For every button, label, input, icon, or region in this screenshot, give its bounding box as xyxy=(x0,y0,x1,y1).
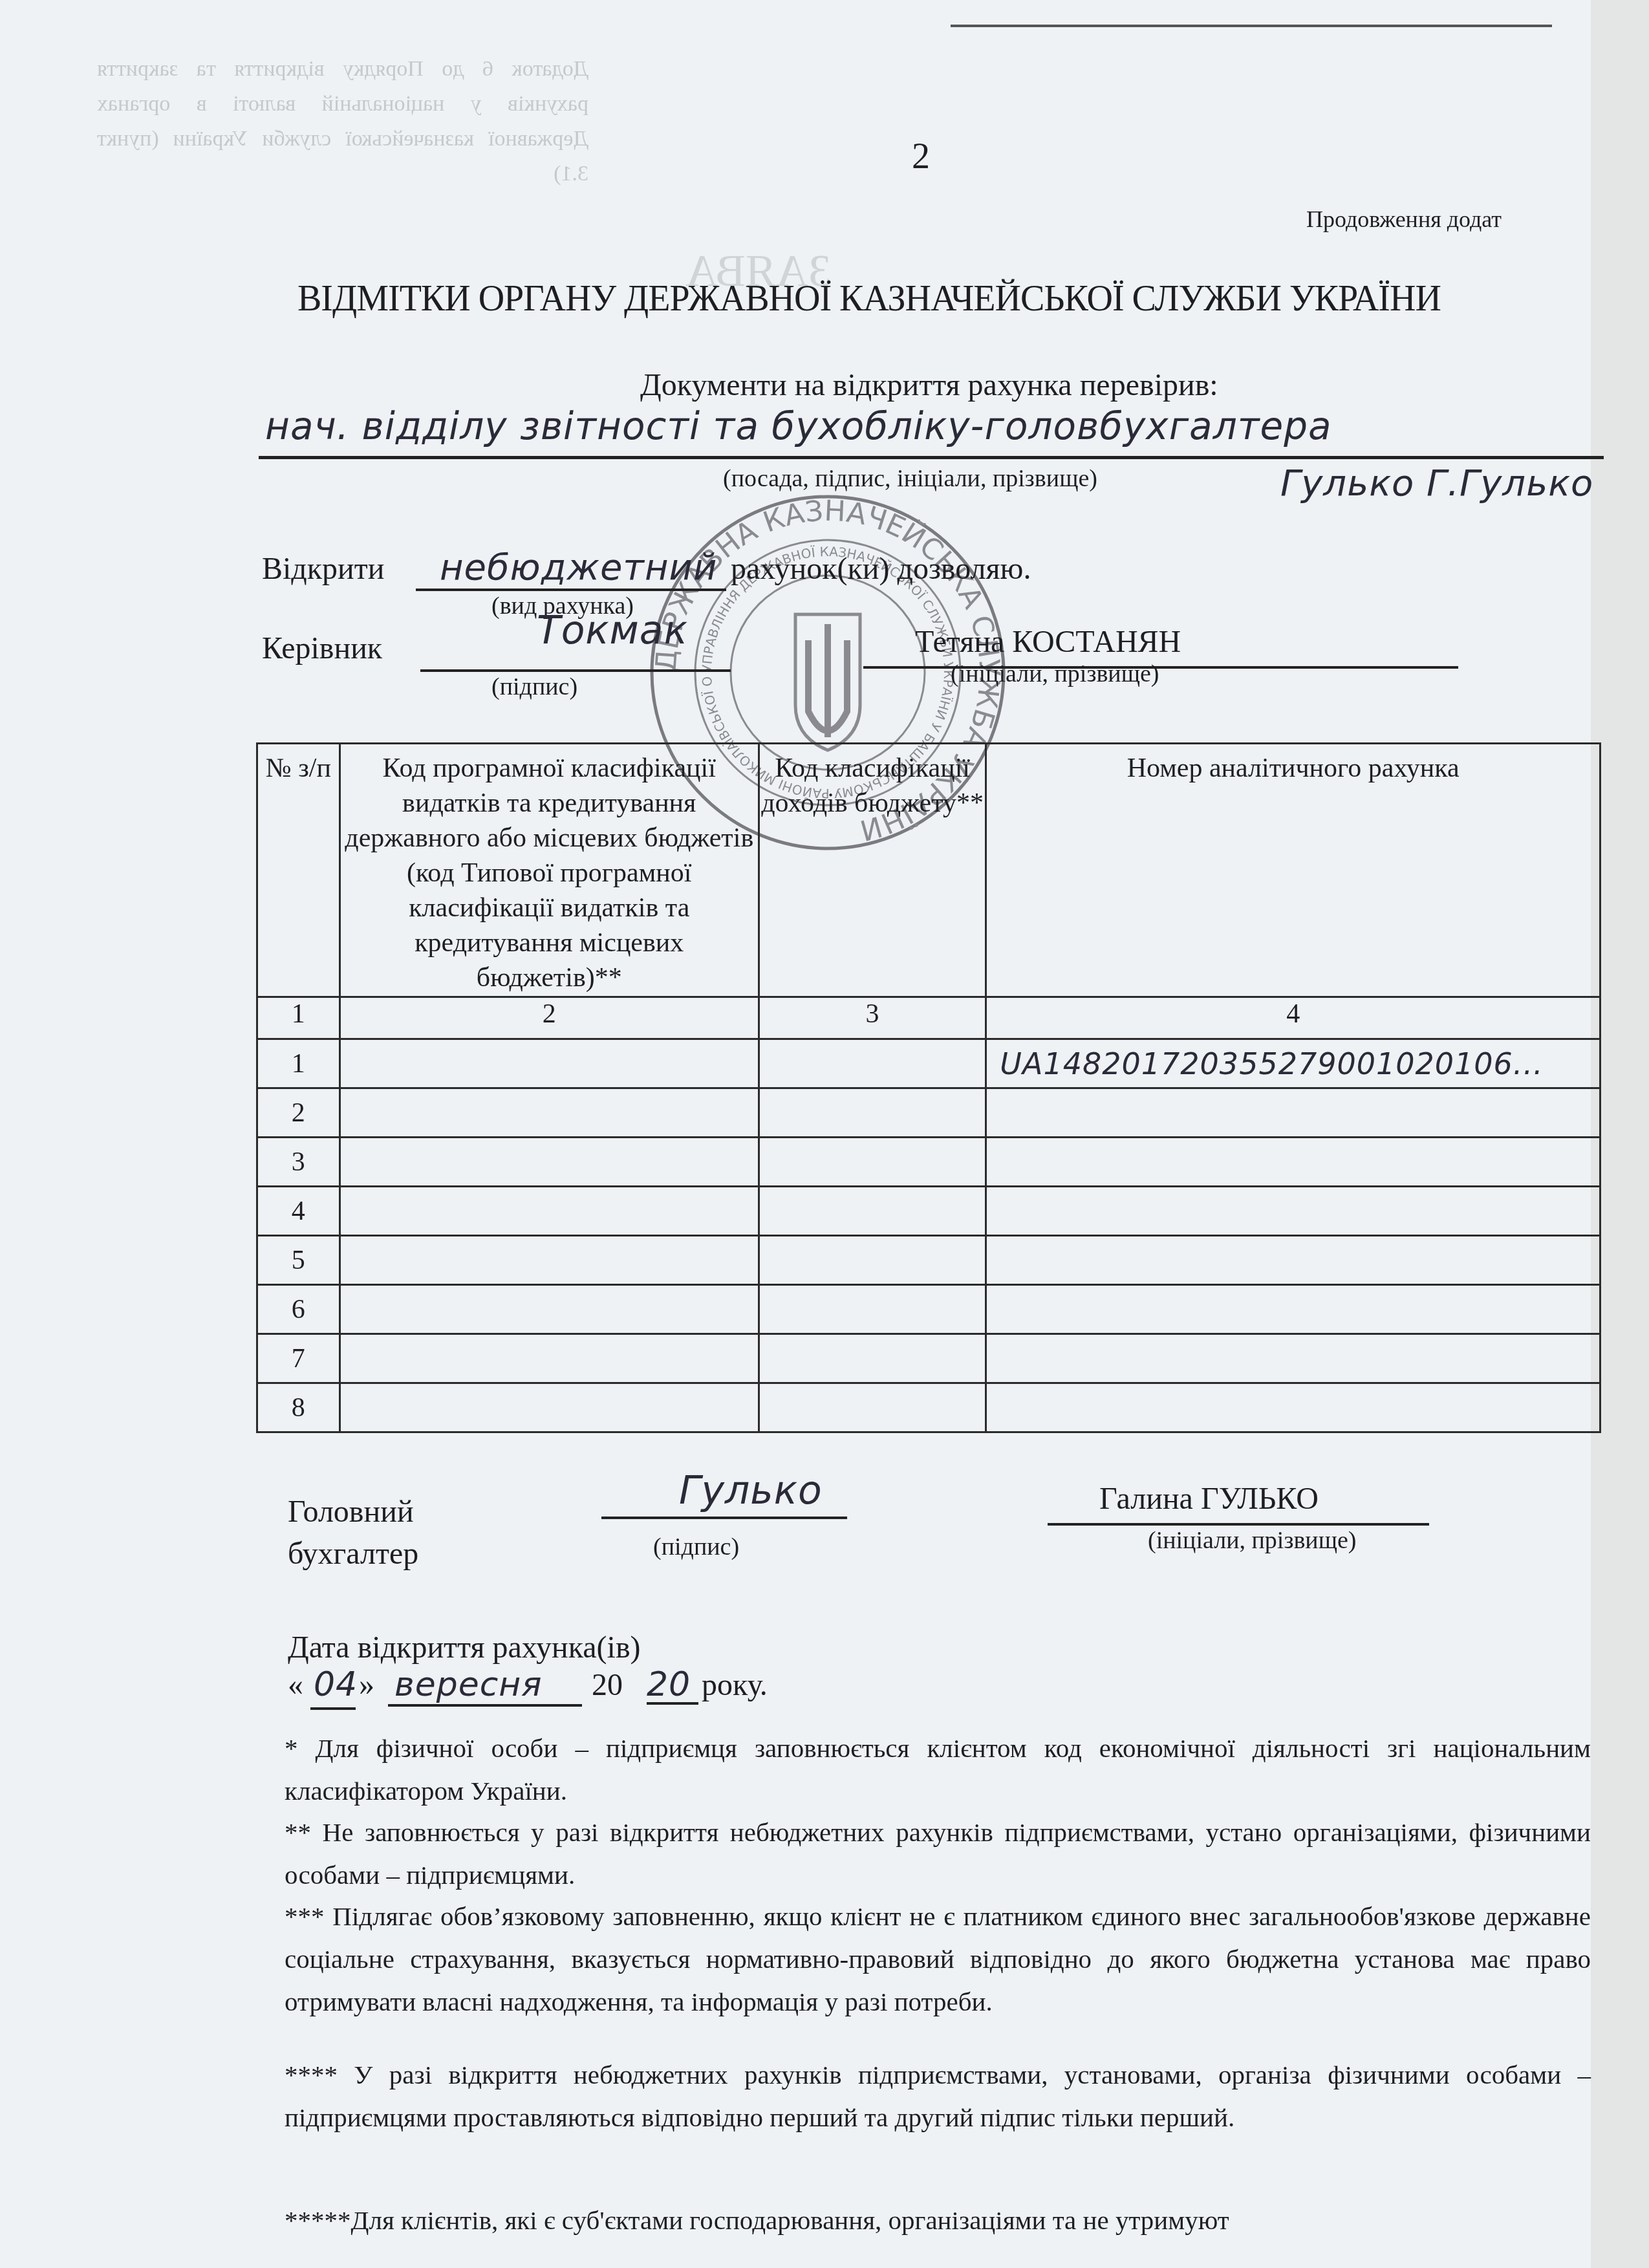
header-program-code: Код програмної класифікації видатків та … xyxy=(339,744,759,997)
open-label-after: рахунок(ки) дозволяю. xyxy=(731,551,1031,587)
accountant-label-line2: бухгалтер xyxy=(288,1536,418,1571)
bleed-through-appendix-note: Додаток 6 до Порядку відкриття та закрит… xyxy=(97,52,588,191)
account-number-cell[interactable] xyxy=(986,1334,1600,1383)
program-code-cell[interactable] xyxy=(339,1088,759,1138)
accountant-name-underline xyxy=(1048,1523,1429,1526)
checked-signature-handwritten: Гулько Г.Гулько xyxy=(1280,462,1593,504)
income-code-cell[interactable] xyxy=(759,1285,986,1334)
account-type-handwritten[interactable]: небюджетний xyxy=(440,546,717,589)
table-column-numbers: 1 2 3 4 xyxy=(257,997,1600,1039)
table-row: 5 xyxy=(257,1236,1600,1285)
income-code-cell[interactable] xyxy=(759,1236,986,1285)
program-code-cell[interactable] xyxy=(339,1334,759,1383)
account-number-cell[interactable] xyxy=(986,1187,1600,1236)
head-name-caption: (ініціали, прізвище) xyxy=(951,660,1159,688)
table-row: 7 xyxy=(257,1334,1600,1383)
date-open-quote: « xyxy=(288,1667,303,1703)
head-signature-caption: (підпис) xyxy=(491,673,577,701)
income-code-cell[interactable] xyxy=(759,1383,986,1432)
row-number: 1 xyxy=(257,1039,340,1088)
date-month[interactable]: вересня xyxy=(394,1665,543,1704)
header-income-code: Код класифікації доходів бюджету** xyxy=(759,744,986,997)
date-year-suffix[interactable]: 20 xyxy=(647,1665,691,1704)
row-number: 3 xyxy=(257,1138,340,1187)
accountant-name-caption: (ініціали, прізвище) xyxy=(1148,1526,1356,1555)
account-number-cell[interactable] xyxy=(986,1236,1600,1285)
account-number-cell[interactable] xyxy=(986,1138,1600,1187)
table-row: 6 xyxy=(257,1285,1600,1334)
footnote-5: *****Для клієнтів, які є суб'єктами госп… xyxy=(285,2199,1591,2238)
account-number-cell[interactable] xyxy=(986,1285,1600,1334)
column-number: 1 xyxy=(257,997,340,1039)
column-number: 3 xyxy=(759,997,986,1039)
account-number-cell[interactable]: UA148201720355279001020106... xyxy=(986,1039,1600,1088)
head-label: Керівник xyxy=(262,631,382,666)
table-row: 4 xyxy=(257,1187,1600,1236)
date-label: Дата відкриття рахунка(ів) xyxy=(288,1630,641,1665)
head-name: Тетяна КОСТАНЯН xyxy=(915,624,1181,660)
program-code-cell[interactable] xyxy=(339,1383,759,1432)
row-number: 2 xyxy=(257,1088,340,1138)
date-suffix: року. xyxy=(702,1667,768,1703)
date-year-prefix: 20 xyxy=(592,1667,623,1703)
checked-position-handwritten[interactable]: нач. відділу звітності та бухобліку-голо… xyxy=(265,404,1332,448)
page-title: ВІДМІТКИ ОРГАНУ ДЕРЖАВНОЇ КАЗНАЧЕЙСЬКОЇ … xyxy=(297,278,1441,319)
head-signature-icon: Токмак xyxy=(537,608,688,653)
footnote-2: ** Не заповнюється у разі відкриття небю… xyxy=(285,1811,1591,1896)
account-number-cell[interactable] xyxy=(986,1383,1600,1432)
program-code-cell[interactable] xyxy=(339,1039,759,1088)
account-type-underline xyxy=(416,589,726,591)
accountant-signature-icon: Гулько xyxy=(679,1468,823,1513)
footnote-4: **** У разі відкриття небюджетних рахунк… xyxy=(285,2053,1591,2139)
table-header-row: № з/п Код програмної класифікації видатк… xyxy=(257,744,1600,997)
row-number: 5 xyxy=(257,1236,340,1285)
date-month-underline xyxy=(388,1704,582,1707)
open-label: Відкрити xyxy=(262,551,384,587)
header-number: № з/п xyxy=(257,744,340,997)
income-code-cell[interactable] xyxy=(759,1187,986,1236)
account-number-cell[interactable] xyxy=(986,1088,1600,1138)
header-account-number: Номер аналітичного рахунка xyxy=(986,744,1600,997)
income-code-cell[interactable] xyxy=(759,1334,986,1383)
table-row: 1 UA148201720355279001020106... xyxy=(257,1039,1600,1088)
accountant-name: Галина ГУЛЬКО xyxy=(1099,1481,1319,1517)
accountant-signature-line xyxy=(601,1517,847,1519)
program-code-cell[interactable] xyxy=(339,1285,759,1334)
program-code-cell[interactable] xyxy=(339,1236,759,1285)
date-year-underline xyxy=(647,1702,698,1705)
table-row: 3 xyxy=(257,1138,1600,1187)
checked-caption: (посада, підпис, ініціали, прізвище) xyxy=(723,464,1097,493)
date-close-quote: » xyxy=(359,1667,374,1703)
income-code-cell[interactable] xyxy=(759,1088,986,1138)
income-code-cell[interactable] xyxy=(759,1138,986,1187)
date-day[interactable]: 04 xyxy=(314,1665,358,1704)
income-code-cell[interactable] xyxy=(759,1039,986,1088)
head-signature-line xyxy=(420,669,731,672)
footnote-1: * Для фізичної особи – підприємця заповн… xyxy=(285,1727,1591,1812)
accountant-signature-caption: (підпис) xyxy=(653,1533,739,1561)
continuation-note: Продовження додат xyxy=(1306,206,1502,233)
page-number: 2 xyxy=(912,136,930,177)
row-number: 6 xyxy=(257,1285,340,1334)
footnote-3: *** Підлягає обов’язковому заповненню, я… xyxy=(285,1895,1591,2023)
accounts-table: № з/п Код програмної класифікації видатк… xyxy=(256,742,1601,1433)
row-number: 7 xyxy=(257,1334,340,1383)
row-number: 8 xyxy=(257,1383,340,1432)
checked-label: Документи на відкриття рахунка перевірив… xyxy=(640,367,1218,403)
column-number: 2 xyxy=(339,997,759,1039)
row-number: 4 xyxy=(257,1187,340,1236)
checked-underline xyxy=(259,456,1604,459)
top-rule xyxy=(951,25,1552,27)
column-number: 4 xyxy=(986,997,1600,1039)
program-code-cell[interactable] xyxy=(339,1187,759,1236)
program-code-cell[interactable] xyxy=(339,1138,759,1187)
table-row: 2 xyxy=(257,1088,1600,1138)
date-day-underline xyxy=(310,1707,356,1710)
table-row: 8 xyxy=(257,1383,1600,1432)
accountant-label-line1: Головний xyxy=(288,1494,414,1529)
